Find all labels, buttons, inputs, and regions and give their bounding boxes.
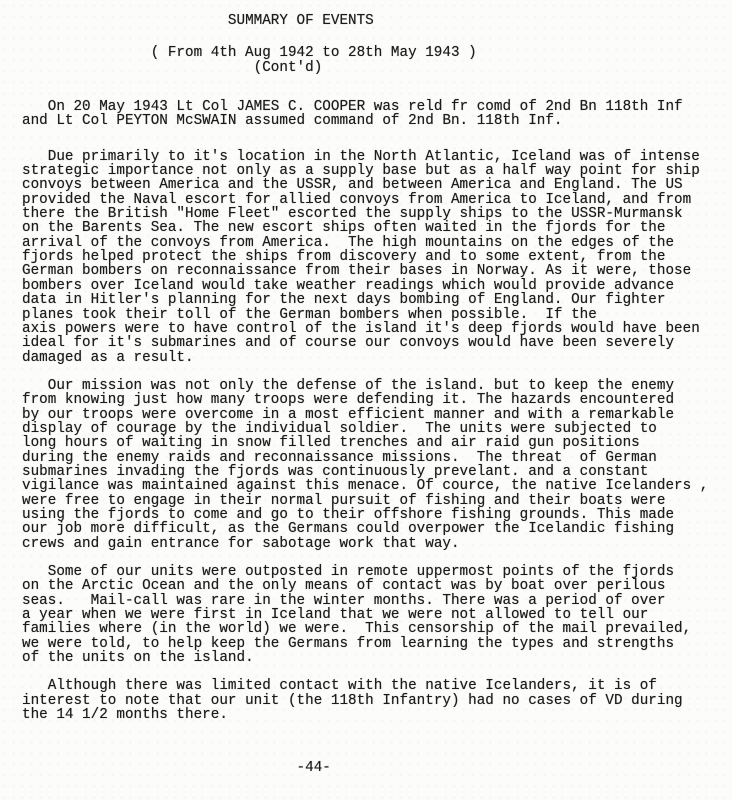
document-body: On 20 May 1943 Lt Col JAMES C. COOPER wa…	[22, 100, 726, 722]
document-header: SUMMARY OF EVENTS ( From 4th Aug 1942 to…	[22, 14, 726, 75]
paragraph-outposts-mail: Some of our units were outposted in remo…	[22, 565, 726, 665]
paragraph-command-change: On 20 May 1943 Lt Col JAMES C. COOPER wa…	[22, 100, 726, 129]
date-range-subtitle: ( From 4th Aug 1942 to 28th May 1943 )	[22, 46, 726, 60]
page-number: -44-	[22, 761, 726, 775]
page-title: SUMMARY OF EVENTS	[22, 14, 726, 28]
document-page: SUMMARY OF EVENTS ( From 4th Aug 1942 to…	[0, 0, 732, 800]
document-footer: -44-	[22, 761, 726, 775]
continued-label: (Cont'd)	[22, 61, 726, 75]
paragraph-strategic-importance: Due primarily to it's location in the No…	[22, 150, 726, 365]
paragraph-mission-defense: Our mission was not only the defense of …	[22, 379, 726, 551]
paragraph-icelanders-contact: Although there was limited contact with …	[22, 679, 726, 722]
